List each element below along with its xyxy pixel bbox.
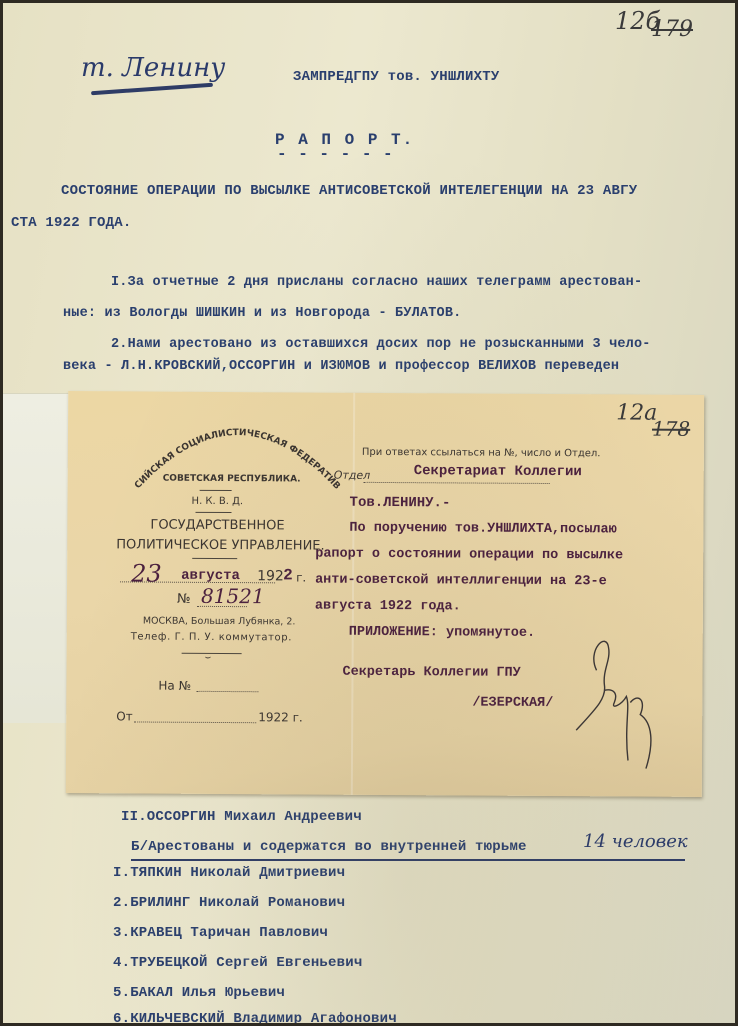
reply-number-field	[196, 691, 258, 692]
from-year: 1922 г.	[258, 710, 303, 724]
body-line-4: августа 1922 года.	[315, 599, 461, 615]
signatory-title: Секретарь Коллегии ГПУ	[342, 665, 520, 681]
addressee-line: ЗАМПРЕДГПУ тов. УНШЛИХТУ	[293, 69, 499, 85]
reply-number-label: На №	[158, 679, 191, 693]
body-line-2: рапорт о состоянии операции по высылке	[315, 547, 623, 564]
paragraph-2-line-2: века - Л.Н.КРОВСКИЙ,ОССОРГИН и ИЗЮМОВ и …	[63, 359, 619, 374]
number-value: 81521	[201, 584, 265, 608]
letterhead-org-line-1: ГОСУДАРСТВЕННОЕ	[150, 518, 284, 534]
body-line-3: анти-советской интеллигенции на 23-е	[315, 573, 607, 590]
section-b-underline	[131, 859, 685, 861]
list-b-item: 2.БРИЛИНГ Николай Романович	[113, 895, 345, 911]
letterhead-phone: Телеф. Г. П. У. коммутатор.	[131, 631, 292, 643]
section-b-handwritten-count: 14 человек	[583, 831, 688, 852]
subject-line-1: СОСТОЯНИЕ ОПЕРАЦИИ ПО ВЫСЫЛКЕ АНТИСОВЕТС…	[61, 183, 637, 199]
letterhead-arc-text: РОССИЙСКАЯ СОЦИАЛИСТИЧЕСКАЯ ФЕДЕРАТИВНАЯ	[118, 409, 359, 500]
letterhead-rule	[195, 512, 231, 513]
handwritten-underline	[91, 83, 213, 96]
letterhead-ornament-rule	[182, 653, 242, 654]
letterhead-rule	[200, 490, 232, 491]
report-title-underline: - - - - - -	[277, 145, 394, 163]
section-b-heading: Б/Арестованы и содержатся во внутренней …	[131, 839, 527, 855]
date-month: августа	[181, 568, 240, 584]
list-b-item: 6.КИЛЬЧЕВСКИЙ Владимир Агафонович	[113, 1011, 397, 1023]
paragraph-1-line-2: ные: из Вологды ШИШКИН и из Новгорода - …	[63, 306, 461, 321]
cover-letter-sheet: РОССИЙСКАЯ СОЦИАЛИСТИЧЕСКАЯ ФЕДЕРАТИВНАЯ…	[66, 391, 704, 797]
signature	[566, 630, 667, 781]
tissue-paper-strip	[3, 393, 73, 723]
date-year-suffix: 2	[283, 566, 293, 584]
date-g: г.	[296, 570, 306, 584]
signatory-name: /ЕЗЕРСКАЯ/	[472, 696, 553, 711]
letterhead-address: МОСКВА, Большая Лубянка, 2.	[143, 616, 296, 628]
letterhead-republic: СОВЕТСКАЯ РЕСПУБЛИКА.	[163, 474, 301, 485]
letterhead-ornament-icon: ⌣	[205, 652, 212, 663]
handwritten-addressee: т. Ленину	[81, 53, 225, 83]
reply-instruction-note: При ответах ссылаться на №, число и Отде…	[362, 447, 601, 459]
list-a-item-11: II.ОССОРГИН Михаил Андреевич	[121, 809, 362, 825]
archival-document-page: 12б 179 т. Ленину ЗАМПРЕДГПУ тов. УНШЛИХ…	[3, 3, 735, 1023]
department-label: Отдел	[334, 469, 371, 482]
list-b-item: 3.КРАВЕЦ Таричан Павлович	[113, 925, 328, 941]
number-label: №	[177, 592, 191, 607]
from-date-field	[134, 721, 256, 723]
attachment-line: ПРИЛОЖЕНИЕ: упомянутое.	[349, 625, 535, 641]
archive-number-struck: 179	[651, 17, 693, 42]
letterhead-org-line-2: ПОЛИТИЧЕСКОЕ УПРАВЛЕНИЕ.	[116, 537, 324, 553]
letterhead-rule	[192, 558, 237, 559]
list-b-item: 4.ТРУБЕЦКОЙ Сергей Евгеньевич	[113, 955, 362, 971]
paragraph-1-line-1: I.За отчетные 2 дня присланы согласно на…	[111, 275, 642, 290]
department-field-line	[364, 482, 550, 484]
body-line-1: По поручению тов.УНШЛИХТА,посылаю	[349, 521, 616, 538]
cover-archive-number-struck: 178	[652, 417, 690, 441]
department-value: Секретариат Коллегии	[414, 463, 582, 480]
from-label: От	[116, 709, 133, 723]
subject-line-2: СТА 1922 ГОДА.	[11, 215, 131, 231]
list-b-item: I.ТЯПКИН Николай Дмитриевич	[113, 865, 345, 881]
paragraph-2-line-1: 2.Нами арестовано из оставшихся досих по…	[111, 337, 651, 352]
date-year-prefix: 192	[257, 568, 284, 584]
date-day: 23	[131, 559, 162, 587]
list-b-item: 5.БАКАЛ Илья Юрьевич	[113, 985, 285, 1001]
salutation: Тов.ЛЕНИНУ.-	[350, 495, 451, 512]
letterhead-agency: Н. К. В. Д.	[192, 496, 244, 507]
